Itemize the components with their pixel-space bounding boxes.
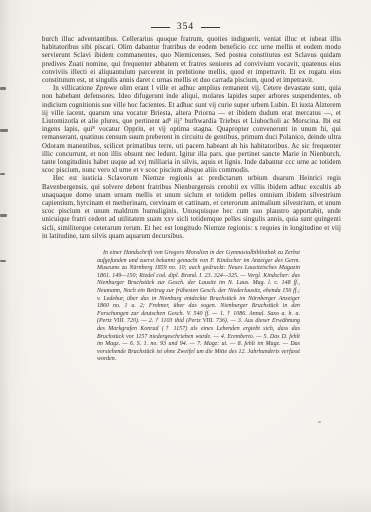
body-paragraph: burch illuc adventantibus. Cellerarius q… — [42, 36, 341, 85]
header-rule-left — [151, 27, 170, 28]
page-header: 354 — [0, 22, 371, 32]
footnote-apparatus: In einer Handschrift von Gregors Moralie… — [97, 250, 300, 364]
header-rule-right — [201, 27, 220, 28]
scan-artifact — [0, 129, 8, 132]
scan-speck — [318, 421, 321, 423]
body-paragraph: Hec est iusticia Sclavorum Niemze region… — [42, 175, 341, 241]
body-paragraph: In villicatione Zprewe olim erant l vill… — [42, 85, 341, 175]
scan-artifact — [0, 260, 6, 262]
scanned-book-page: 354 burch illuc adventantibus. Cellerari… — [0, 0, 371, 512]
page-number: 354 — [177, 22, 194, 32]
scan-artifact — [0, 87, 6, 90]
scan-artifact — [0, 214, 7, 217]
page-content: burch illuc adventantibus. Cellerarius q… — [42, 36, 341, 364]
main-text-block: burch illuc adventantibus. Cellerarius q… — [42, 36, 341, 241]
scan-artifact — [0, 173, 5, 175]
